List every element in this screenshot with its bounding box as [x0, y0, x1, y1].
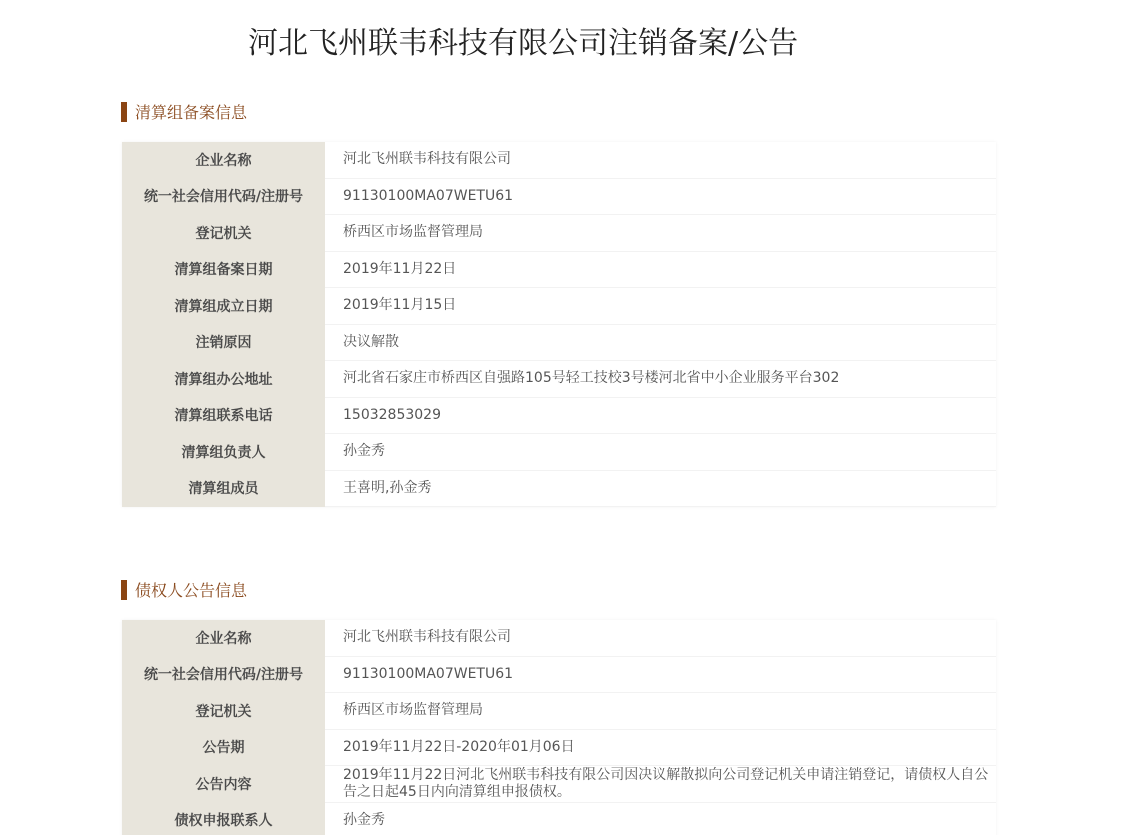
table-row: 清算组成员 王喜明,孙金秀 [122, 470, 996, 507]
creditor-notice-table: 企业名称 河北飞州联韦科技有限公司 统一社会信用代码/注册号 91130100M… [122, 620, 996, 835]
section-title: 清算组备案信息 [135, 100, 247, 123]
row-label: 企业名称 [122, 620, 325, 656]
table-row: 清算组联系电话 15032853029 [122, 397, 996, 434]
section-marker-bar [121, 102, 127, 122]
row-value: 2019年11月22日河北飞州联韦科技有限公司因决议解散拟向公司登记机关申请注销… [325, 766, 996, 803]
row-value: 2019年11月22日-2020年01月06日 [325, 729, 996, 766]
row-label: 公告内容 [122, 766, 325, 803]
row-label: 清算组负责人 [122, 434, 325, 471]
table-row: 注销原因 决议解散 [122, 324, 996, 361]
section-title: 债权人公告信息 [135, 578, 247, 601]
row-value: 桥西区市场监督管理局 [325, 215, 996, 252]
table-row: 清算组备案日期 2019年11月22日 [122, 251, 996, 288]
row-value: 王喜明,孙金秀 [325, 470, 996, 507]
row-value: 桥西区市场监督管理局 [325, 693, 996, 730]
row-label: 登记机关 [122, 693, 325, 730]
row-label: 清算组联系电话 [122, 397, 325, 434]
row-value: 河北飞州联韦科技有限公司 [325, 620, 996, 656]
row-value: 河北飞州联韦科技有限公司 [325, 142, 996, 178]
row-value: 决议解散 [325, 324, 996, 361]
row-value: 15032853029 [325, 397, 996, 434]
row-label: 统一社会信用代码/注册号 [122, 656, 325, 693]
row-value: 孙金秀 [325, 802, 996, 835]
row-value: 孙金秀 [325, 434, 996, 471]
table-row: 清算组办公地址 河北省石家庄市桥西区自强路105号轻工技校3号楼河北省中小企业服… [122, 361, 996, 398]
table-row: 债权申报联系人 孙金秀 [122, 802, 996, 835]
row-label: 清算组备案日期 [122, 251, 325, 288]
table-row: 企业名称 河北飞州联韦科技有限公司 [122, 142, 996, 178]
table-row: 登记机关 桥西区市场监督管理局 [122, 215, 996, 252]
section-heading-liquidation-filing: 清算组备案信息 [121, 100, 247, 123]
row-value: 2019年11月15日 [325, 288, 996, 325]
row-label: 注销原因 [122, 324, 325, 361]
table-row: 登记机关 桥西区市场监督管理局 [122, 693, 996, 730]
row-value: 91130100MA07WETU61 [325, 656, 996, 693]
row-label: 企业名称 [122, 142, 325, 178]
section-marker-bar [121, 580, 127, 600]
table-row: 清算组成立日期 2019年11月15日 [122, 288, 996, 325]
row-label: 清算组办公地址 [122, 361, 325, 398]
row-value: 河北省石家庄市桥西区自强路105号轻工技校3号楼河北省中小企业服务平台302 [325, 361, 996, 398]
row-label: 清算组成员 [122, 470, 325, 507]
row-label: 统一社会信用代码/注册号 [122, 178, 325, 215]
row-value: 2019年11月22日 [325, 251, 996, 288]
page-title: 河北飞州联韦科技有限公司注销备案/公告 [248, 18, 798, 62]
row-label: 登记机关 [122, 215, 325, 252]
liquidation-filing-table: 企业名称 河北飞州联韦科技有限公司 统一社会信用代码/注册号 91130100M… [122, 142, 996, 507]
table-row: 公告期 2019年11月22日-2020年01月06日 [122, 729, 996, 766]
table-row: 统一社会信用代码/注册号 91130100MA07WETU61 [122, 178, 996, 215]
row-label: 债权申报联系人 [122, 802, 325, 835]
section-heading-creditor-notice: 债权人公告信息 [121, 578, 247, 601]
table-row: 统一社会信用代码/注册号 91130100MA07WETU61 [122, 656, 996, 693]
table-row: 清算组负责人 孙金秀 [122, 434, 996, 471]
row-label: 公告期 [122, 729, 325, 766]
table-row: 公告内容 2019年11月22日河北飞州联韦科技有限公司因决议解散拟向公司登记机… [122, 766, 996, 803]
row-label: 清算组成立日期 [122, 288, 325, 325]
row-value: 91130100MA07WETU61 [325, 178, 996, 215]
table-row: 企业名称 河北飞州联韦科技有限公司 [122, 620, 996, 656]
